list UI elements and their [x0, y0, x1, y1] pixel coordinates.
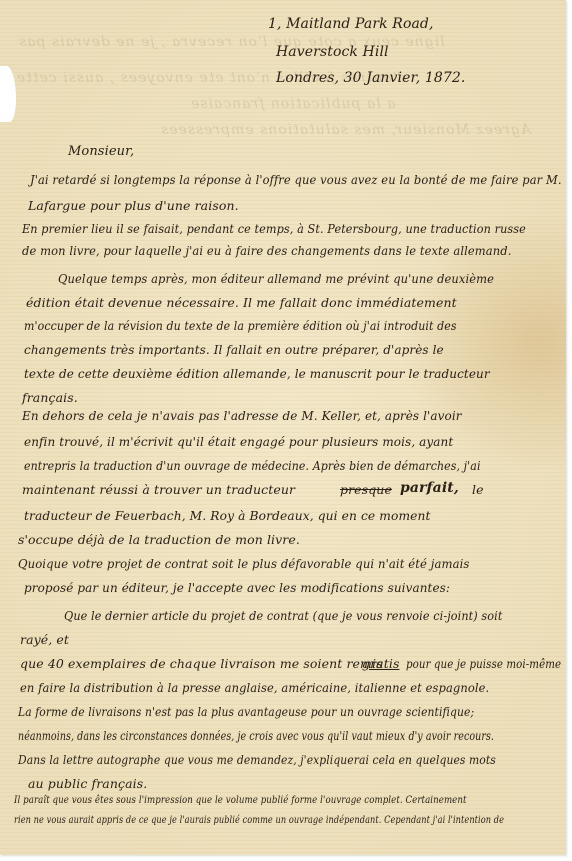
letter-line: édition était devenue nécessaire. Il me …	[26, 295, 457, 310]
letter-line: En premier lieu il se faisait, pendant c…	[22, 221, 526, 236]
letter-line: au public français.	[28, 776, 147, 791]
letter-line: proposé par un éditeur, je l'accepte ave…	[24, 580, 450, 595]
letter-line: m'occuper de la révision du texte de la …	[24, 318, 457, 333]
letter-page: ligne ceux a cote que l'on recevra , je …	[0, 0, 566, 855]
bleed-through-line: Agreez Monsieur, mes salutations empress…	[160, 122, 531, 138]
address-line-1: 1, Maitland Park Road,	[268, 16, 434, 32]
torn-edge	[0, 66, 16, 122]
letter-line: pour que je puisse moi-même	[406, 656, 561, 671]
letter-line: enfin trouvé, il m'écrivit qu'il était e…	[24, 434, 453, 449]
letter-line: de mon livre, pour laquelle j'ai eu à fa…	[22, 243, 511, 258]
letter-line: Dans la lettre autographe que vous me de…	[18, 752, 496, 767]
letter-line: changements très importants. Il fallait …	[24, 342, 444, 357]
letter-line: traducteur de Feuerbach, M. Roy à Bordea…	[24, 508, 431, 523]
bleed-through-line: a la publication francaise	[190, 96, 396, 112]
letter-line: La forme de livraisons n'est pas la plus…	[18, 704, 474, 719]
letter-line: en faire la distribution à la presse ang…	[20, 680, 489, 695]
letter-line: En dehors de cela je n'avais pas l'adres…	[22, 408, 462, 423]
letter-line: Que le dernier article du projet de cont…	[64, 608, 502, 623]
emphasis-word: parfait,	[400, 480, 459, 496]
letter-line: s'occupe déjà de la traduction de mon li…	[18, 532, 300, 547]
letter-line: Lafargue pour plus d'une raison.	[28, 198, 239, 213]
letter-line: rayé, et	[20, 632, 69, 647]
letter-line: que 40 exemplaires de chaque livraison m…	[20, 656, 383, 671]
letter-line: français.	[22, 390, 78, 405]
letter-line: texte de cette deuxième édition allemand…	[24, 366, 490, 381]
address-line-2: Haverstock Hill	[276, 44, 389, 60]
letter-line: maintenant réussi à trouver un traducteu…	[22, 482, 295, 497]
letter-line: néanmoins, dans les circonstances donnée…	[18, 728, 494, 743]
letter-line: Il paraît que vous êtes sous l'impressio…	[14, 794, 467, 806]
letter-line: J'ai retardé si longtemps la réponse à l…	[30, 172, 562, 187]
letter-line: rien ne vous aurait appris de ce que je …	[14, 814, 504, 826]
letter-line: Quoique votre projet de contrat soit le …	[18, 556, 470, 571]
underlined-word: gratis	[362, 656, 399, 671]
letter-line: entrepris la traduction d'un ouvrage de …	[24, 458, 481, 473]
struck-word: presque	[340, 482, 392, 497]
address-line-3: Londres, 30 Janvier, 1872.	[276, 70, 465, 86]
letter-line: le	[472, 482, 484, 497]
letter-line: Quelque temps après, mon éditeur alleman…	[58, 271, 494, 286]
salutation: Monsieur,	[68, 144, 134, 159]
